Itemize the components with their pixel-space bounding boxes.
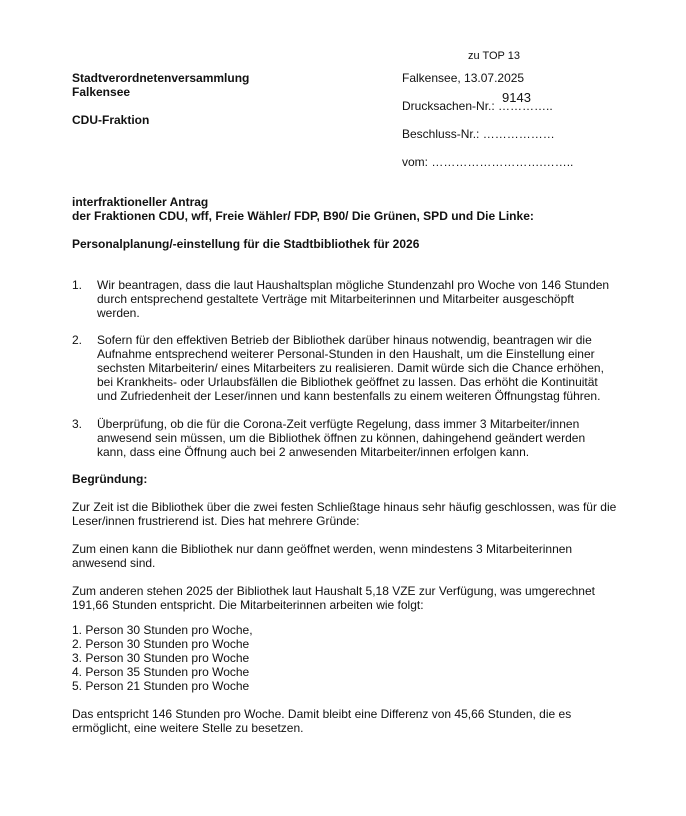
item-number: 2. xyxy=(72,333,82,347)
item-line: anwesend sein müssen, um die Bibliothek … xyxy=(97,431,637,445)
item-line: Aufnahme entsprechend weiterer Personal-… xyxy=(97,347,637,361)
paragraph-line: ermöglicht, eine weitere Stelle zu beset… xyxy=(72,721,632,735)
staff-list-item: 2. Person 30 Stunden pro Woche xyxy=(72,637,632,651)
beschluss-label: Beschluss-Nr.: xyxy=(402,127,479,141)
vom-label: vom: xyxy=(402,155,428,169)
justification-paragraph-4: Das entspricht 146 Stunden pro Woche. Da… xyxy=(72,707,632,735)
motion-factions: der Fraktionen CDU, wff, Freie Wähler/ F… xyxy=(72,209,534,223)
faction-name: CDU-Fraktion xyxy=(72,113,149,127)
top-reference: zu TOP 13 xyxy=(468,50,520,62)
item-line: Sofern für den effektiven Betrieb der Bi… xyxy=(97,333,637,347)
staff-list-item: 3. Person 30 Stunden pro Woche xyxy=(72,651,632,665)
motion-title: Personalplanung/-einstellung für die Sta… xyxy=(72,237,419,251)
vom-dots: ……………………….…….. xyxy=(431,155,573,169)
drucksache-label: Drucksachen-Nr.: xyxy=(402,99,495,113)
motion-type: interfraktioneller Antrag xyxy=(72,195,208,209)
staff-list-item: 5. Person 21 Stunden pro Woche xyxy=(72,679,632,693)
drucksache-number: 9143 xyxy=(502,90,531,105)
paragraph-line: Zum anderen stehen 2025 der Bibliothek l… xyxy=(72,584,632,598)
paragraph-line: Das entspricht 146 Stunden pro Woche. Da… xyxy=(72,707,632,721)
item-line: sechsten Mitarbeiterin/ eines Mitarbeite… xyxy=(97,361,637,375)
vom-field: vom: ……………………….…….. xyxy=(402,155,573,169)
item-number: 1. xyxy=(72,278,82,292)
item-line: und Zufriedenheit der Leser/innen und ka… xyxy=(97,389,637,403)
justification-paragraph-2: Zum einen kann die Bibliothek nur dann g… xyxy=(72,542,632,570)
item-line: Überprüfung, ob die für die Corona-Zeit … xyxy=(97,417,637,431)
item-line: Wir beantragen, dass die laut Haushaltsp… xyxy=(97,278,637,292)
item-line: kann, dass eine Öffnung auch bei 2 anwes… xyxy=(97,445,637,459)
staff-list-item: 1. Person 30 Stunden pro Woche, xyxy=(72,623,632,637)
paragraph-line: 191,66 Stunden entspricht. Die Mitarbeit… xyxy=(72,598,632,612)
beschluss-field: Beschluss-Nr.: ……………… xyxy=(402,127,555,141)
item-line: werden. xyxy=(97,306,637,320)
item-number: 3. xyxy=(72,417,82,431)
staff-hours-list: 1. Person 30 Stunden pro Woche, 2. Perso… xyxy=(72,623,632,693)
place-date: Falkensee, 13.07.2025 xyxy=(402,71,524,85)
justification-heading: Begründung: xyxy=(72,472,147,486)
paragraph-line: anwesend sind. xyxy=(72,556,632,570)
org-city: Falkensee xyxy=(72,85,130,99)
paragraph-line: Zur Zeit ist die Bibliothek über die zwe… xyxy=(72,500,632,514)
justification-paragraph-3: Zum anderen stehen 2025 der Bibliothek l… xyxy=(72,584,632,612)
staff-list-item: 4. Person 35 Stunden pro Woche xyxy=(72,665,632,679)
item-line: bei Krankheits- oder Urlaubsfällen die B… xyxy=(97,375,637,389)
item-line: durch entsprechend gestaltete Verträge m… xyxy=(97,292,637,306)
justification-paragraph-1: Zur Zeit ist die Bibliothek über die zwe… xyxy=(72,500,632,528)
org-name: Stadtverordnetenversammlung xyxy=(72,71,249,85)
beschluss-dots: ……………… xyxy=(483,127,555,141)
paragraph-line: Leser/innen frustrierend ist. Dies hat m… xyxy=(72,514,632,528)
paragraph-line: Zum einen kann die Bibliothek nur dann g… xyxy=(72,542,632,556)
